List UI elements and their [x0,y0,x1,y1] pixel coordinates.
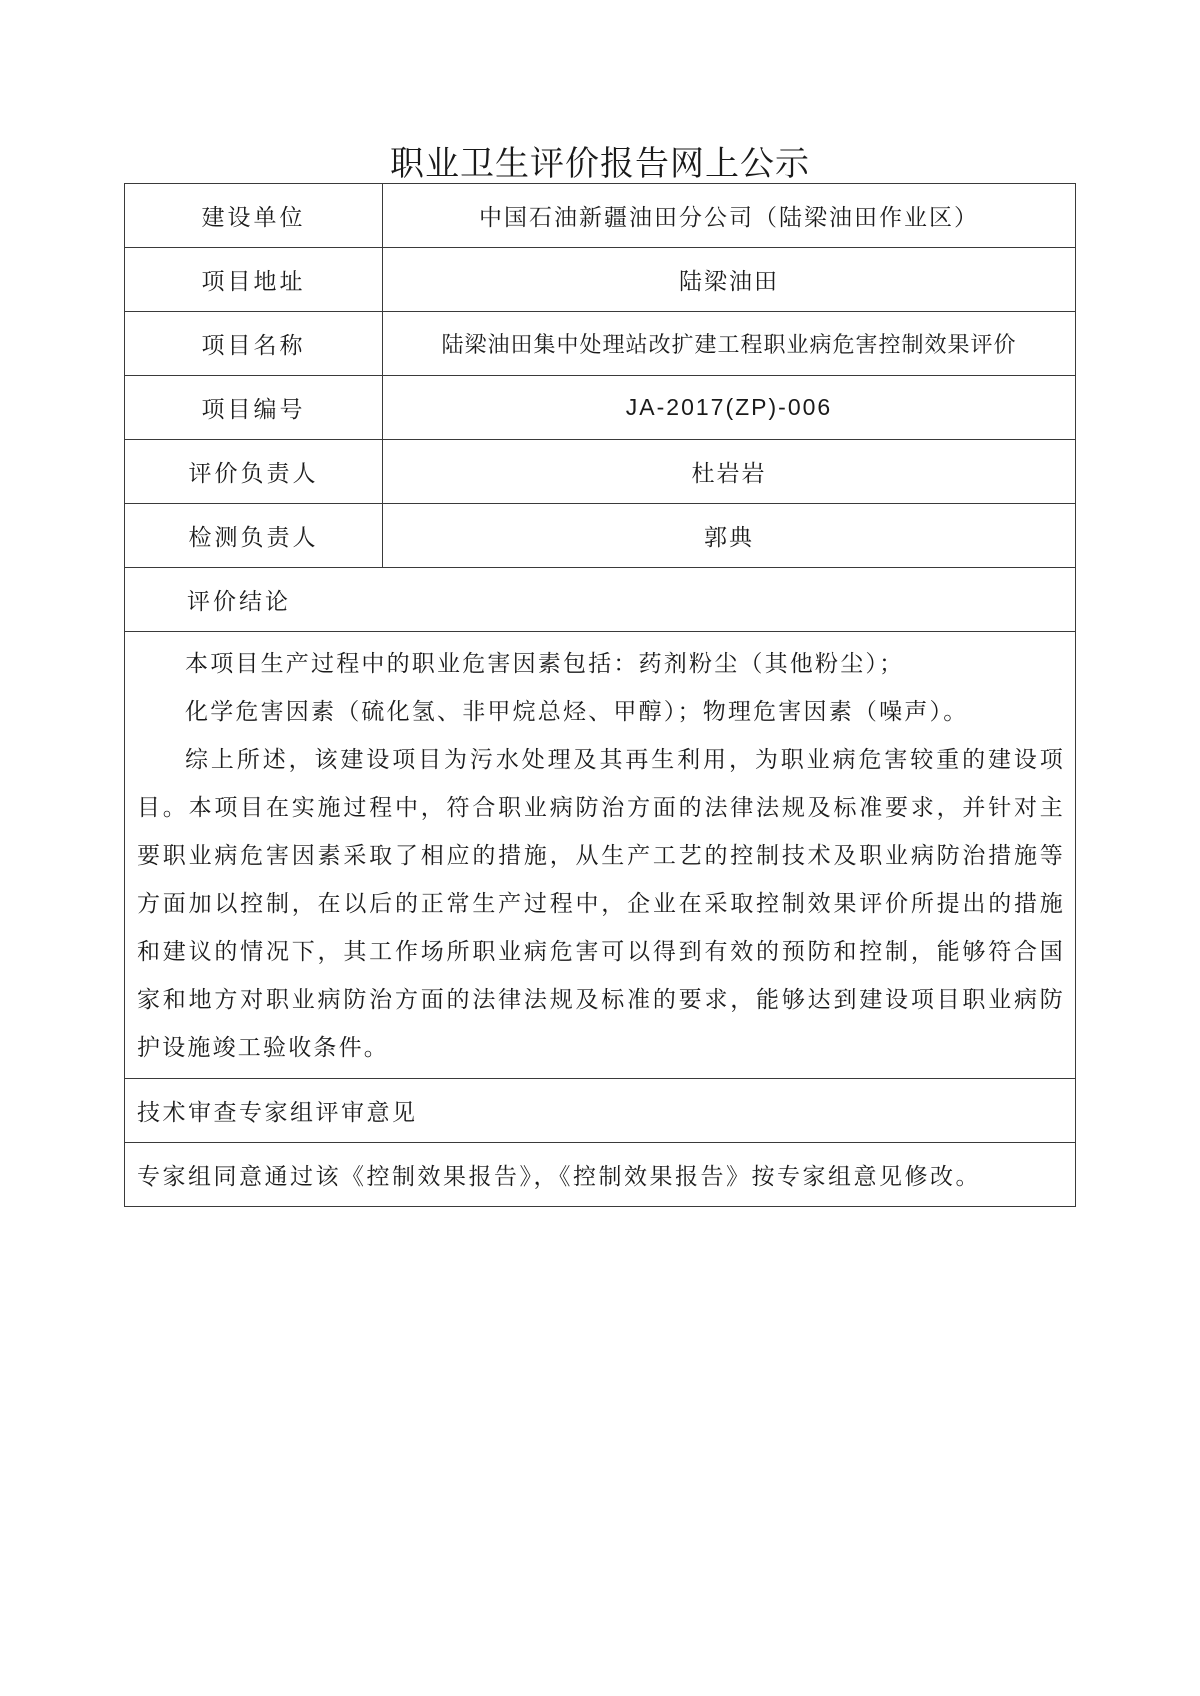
table-row-construction-unit: 建设单位 中国石油新疆油田分公司（陆梁油田作业区） [125,184,1076,248]
table-row-testing-lead: 检测负责人 郭典 [125,504,1076,568]
row-label: 项目编号 [125,376,383,440]
row-value: 陆梁油田集中处理站改扩建工程职业病危害控制效果评价 [383,312,1076,376]
row-label: 项目地址 [125,248,383,312]
table-row-project-name: 项目名称 陆梁油田集中处理站改扩建工程职业病危害控制效果评价 [125,312,1076,376]
table-row-conclusion-body: 本项目生产过程中的职业危害因素包括：药剂粉尘（其他粉尘）； 化学危害因素（硫化氢… [125,632,1076,1079]
row-value: 杜岩岩 [383,440,1076,504]
document-title: 职业卫生评价报告网上公示 [0,136,1200,185]
row-value: JA-2017(ZP)-006 [383,376,1076,440]
table-row-project-address: 项目地址 陆梁油田 [125,248,1076,312]
conclusion-label: 评价结论 [125,568,1076,632]
table-row-conclusion-header: 评价结论 [125,568,1076,632]
table-row-expert-review-body: 专家组同意通过该《控制效果报告》，《控制效果报告》按专家组意见修改。 [125,1143,1076,1207]
row-label: 检测负责人 [125,504,383,568]
table-row-expert-review-header: 技术审查专家组评审意见 [125,1079,1076,1143]
conclusion-paragraph: 化学危害因素（硫化氢、非甲烷总烃、甲醇）；物理危害因素（噪声）。 [137,688,1065,736]
row-value: 中国石油新疆油田分公司（陆梁油田作业区） [383,184,1076,248]
row-label: 评价负责人 [125,440,383,504]
row-label: 项目名称 [125,312,383,376]
row-label: 建设单位 [125,184,383,248]
conclusion-body: 本项目生产过程中的职业危害因素包括：药剂粉尘（其他粉尘）； 化学危害因素（硫化氢… [125,632,1076,1079]
conclusion-paragraph: 综上所述，该建设项目为污水处理及其再生利用，为职业病危害较重的建设项目。本项目在… [137,736,1065,1072]
table-row-project-number: 项目编号 JA-2017(ZP)-006 [125,376,1076,440]
expert-review-label: 技术审查专家组评审意见 [125,1079,1076,1143]
expert-review-text: 专家组同意通过该《控制效果报告》，《控制效果报告》按专家组意见修改。 [125,1143,1076,1207]
row-value: 陆梁油田 [383,248,1076,312]
table-row-evaluation-lead: 评价负责人 杜岩岩 [125,440,1076,504]
publication-table: 建设单位 中国石油新疆油田分公司（陆梁油田作业区） 项目地址 陆梁油田 项目名称… [124,183,1076,1207]
conclusion-paragraph: 本项目生产过程中的职业危害因素包括：药剂粉尘（其他粉尘）； [137,640,1065,688]
row-value: 郭典 [383,504,1076,568]
